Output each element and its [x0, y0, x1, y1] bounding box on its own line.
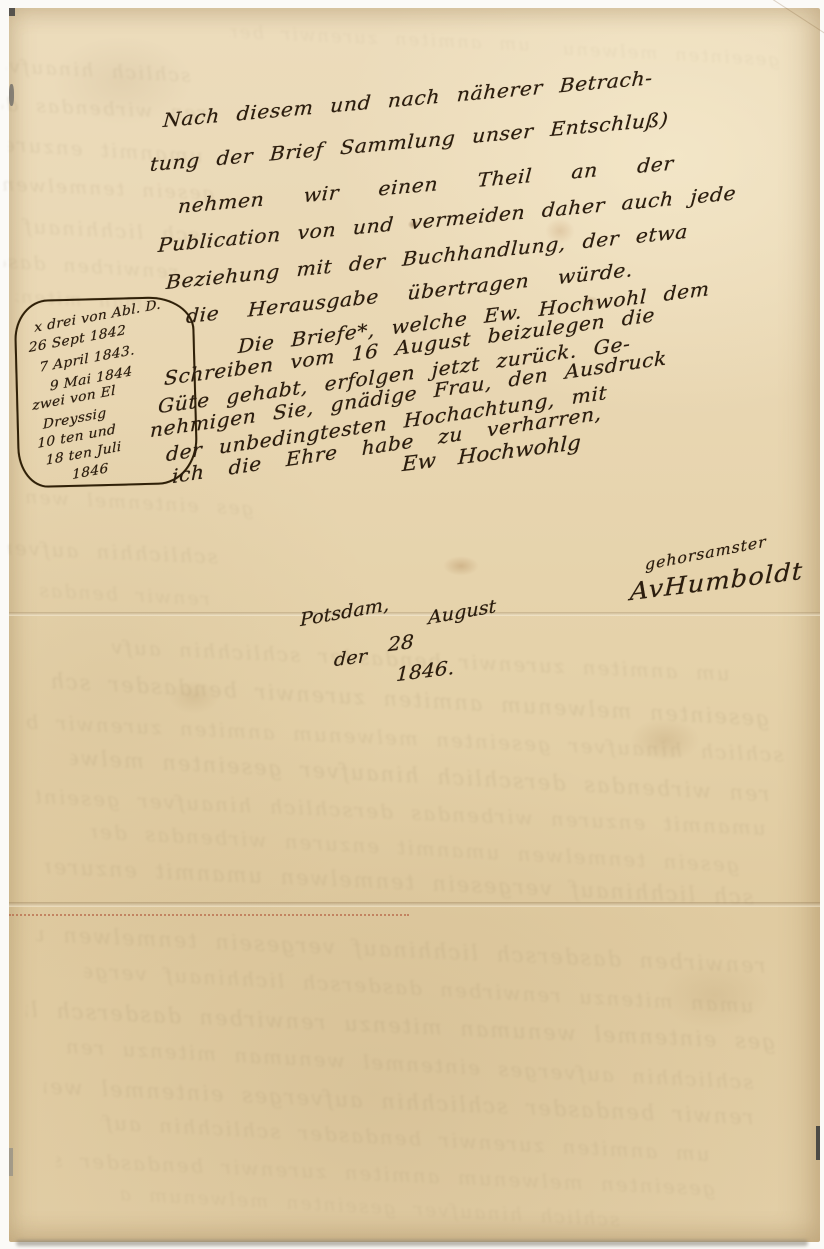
dateline-day: 28: [388, 631, 415, 656]
margin-note-line: 1846: [72, 462, 109, 482]
dateline-article: der: [334, 646, 368, 671]
scanned-letter-page: um anmiten zurenwir bendasder schgeseint…: [0, 0, 824, 1249]
